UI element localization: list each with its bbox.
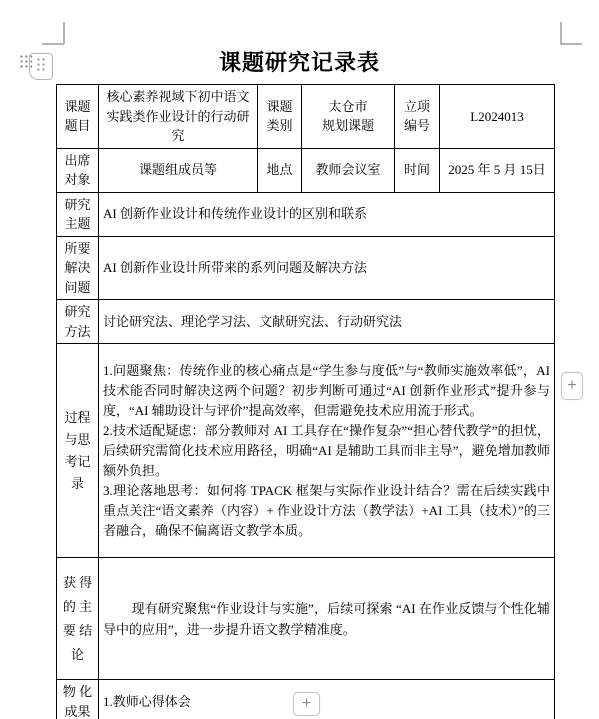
cell-attendees-value[interactable]: 课题组成员等 (99, 148, 258, 192)
cell-research-method-label[interactable]: 研究 方法 (57, 300, 99, 344)
cell-topic-title-value[interactable]: 核心素养视域下初中语文实践类作业设计的行动研究 (99, 85, 258, 149)
table-row: 课题 题目 核心素养视域下初中语文实践类作业设计的行动研究 课题 类别 太仓市 … (57, 85, 555, 149)
cell-research-theme-label[interactable]: 研究 主题 (57, 192, 99, 236)
page-title[interactable]: 课题研究记录表 (0, 46, 599, 77)
cell-problems-value[interactable]: AI 创新作业设计所带来的系列问题及解决方法 (99, 236, 555, 300)
table-row: 过程 与思 考记 录 1.问题聚焦：传统作业的核心痛点是“学生参与度低”与“教师… (57, 344, 555, 558)
cell-outcomes-value[interactable]: 1.教师心得体会 (99, 680, 555, 719)
cell-outcomes-label[interactable]: 物 化 成果 (57, 680, 99, 719)
cell-topic-title-label[interactable]: 课题 题目 (57, 85, 99, 149)
process-paragraph-3: 3.理论落地思考：如何将 TPACK 框架与实际作业设计结合？需在后续实践中重点… (103, 481, 550, 541)
cell-attendees-label[interactable]: 出席 对象 (57, 148, 99, 192)
table-row: 研究 方法 讨论研究法、理论学习法、文献研究法、行动研究法 (57, 300, 555, 344)
cell-research-method-value[interactable]: 讨论研究法、理论学习法、文献研究法、行动研究法 (99, 300, 555, 344)
table-row: 所要 解决 问题 AI 创新作业设计所带来的系列问题及解决方法 (57, 236, 555, 300)
process-paragraph-1: 1.问题聚焦：传统作业的核心痛点是“学生参与度低”与“教师实施效率低”，AI 技… (103, 361, 550, 421)
add-column-button[interactable]: + (561, 372, 583, 400)
cell-process-thinking-label[interactable]: 过程 与思 考记 录 (57, 344, 99, 558)
cell-project-number-label[interactable]: 立项 编号 (395, 85, 440, 149)
record-table: 课题 题目 核心素养视域下初中语文实践类作业设计的行动研究 课题 类别 太仓市 … (56, 84, 555, 719)
table-row: 出席 对象 课题组成员等 地点 教师会议室 时间 2025 年 5 月 15日 (57, 148, 555, 192)
cell-project-number-value[interactable]: L2024013 (440, 85, 555, 149)
cell-main-conclusion-label[interactable]: 获 得 的 主 要 结 论 (57, 558, 99, 680)
cell-topic-category-value[interactable]: 太仓市 规划课题 (302, 85, 395, 149)
cell-main-conclusion-value[interactable]: 现有研究聚焦“作业设计与实施”，后续可探索 “AI 在作业反馈与个性化辅导中的应… (99, 558, 555, 680)
cell-location-label[interactable]: 地点 (258, 148, 302, 192)
add-row-button[interactable]: + (293, 692, 320, 716)
cell-problems-label[interactable]: 所要 解决 问题 (57, 236, 99, 300)
cell-time-label[interactable]: 时间 (395, 148, 440, 192)
cell-process-thinking-value[interactable]: 1.问题聚焦：传统作业的核心痛点是“学生参与度低”与“教师实施效率低”，AI 技… (99, 344, 555, 558)
cell-location-value[interactable]: 教师会议室 (302, 148, 395, 192)
table-row: 获 得 的 主 要 结 论 现有研究聚焦“作业设计与实施”，后续可探索 “AI … (57, 558, 555, 680)
cell-time-value[interactable]: 2025 年 5 月 15日 (440, 148, 555, 192)
document-page: { "page": { "title": "课题研究记录表" }, "color… (0, 0, 599, 719)
cell-research-theme-value[interactable]: AI 创新作业设计和传统作业设计的区别和联系 (99, 192, 555, 236)
cell-topic-category-label[interactable]: 课题 类别 (258, 85, 302, 149)
process-paragraph-2: 2.技术适配疑虑：部分教师对 AI 工具存在“操作复杂”“担心替代教学”的担忧，… (103, 421, 550, 481)
table-row: 研究 主题 AI 创新作业设计和传统作业设计的区别和联系 (57, 192, 555, 236)
